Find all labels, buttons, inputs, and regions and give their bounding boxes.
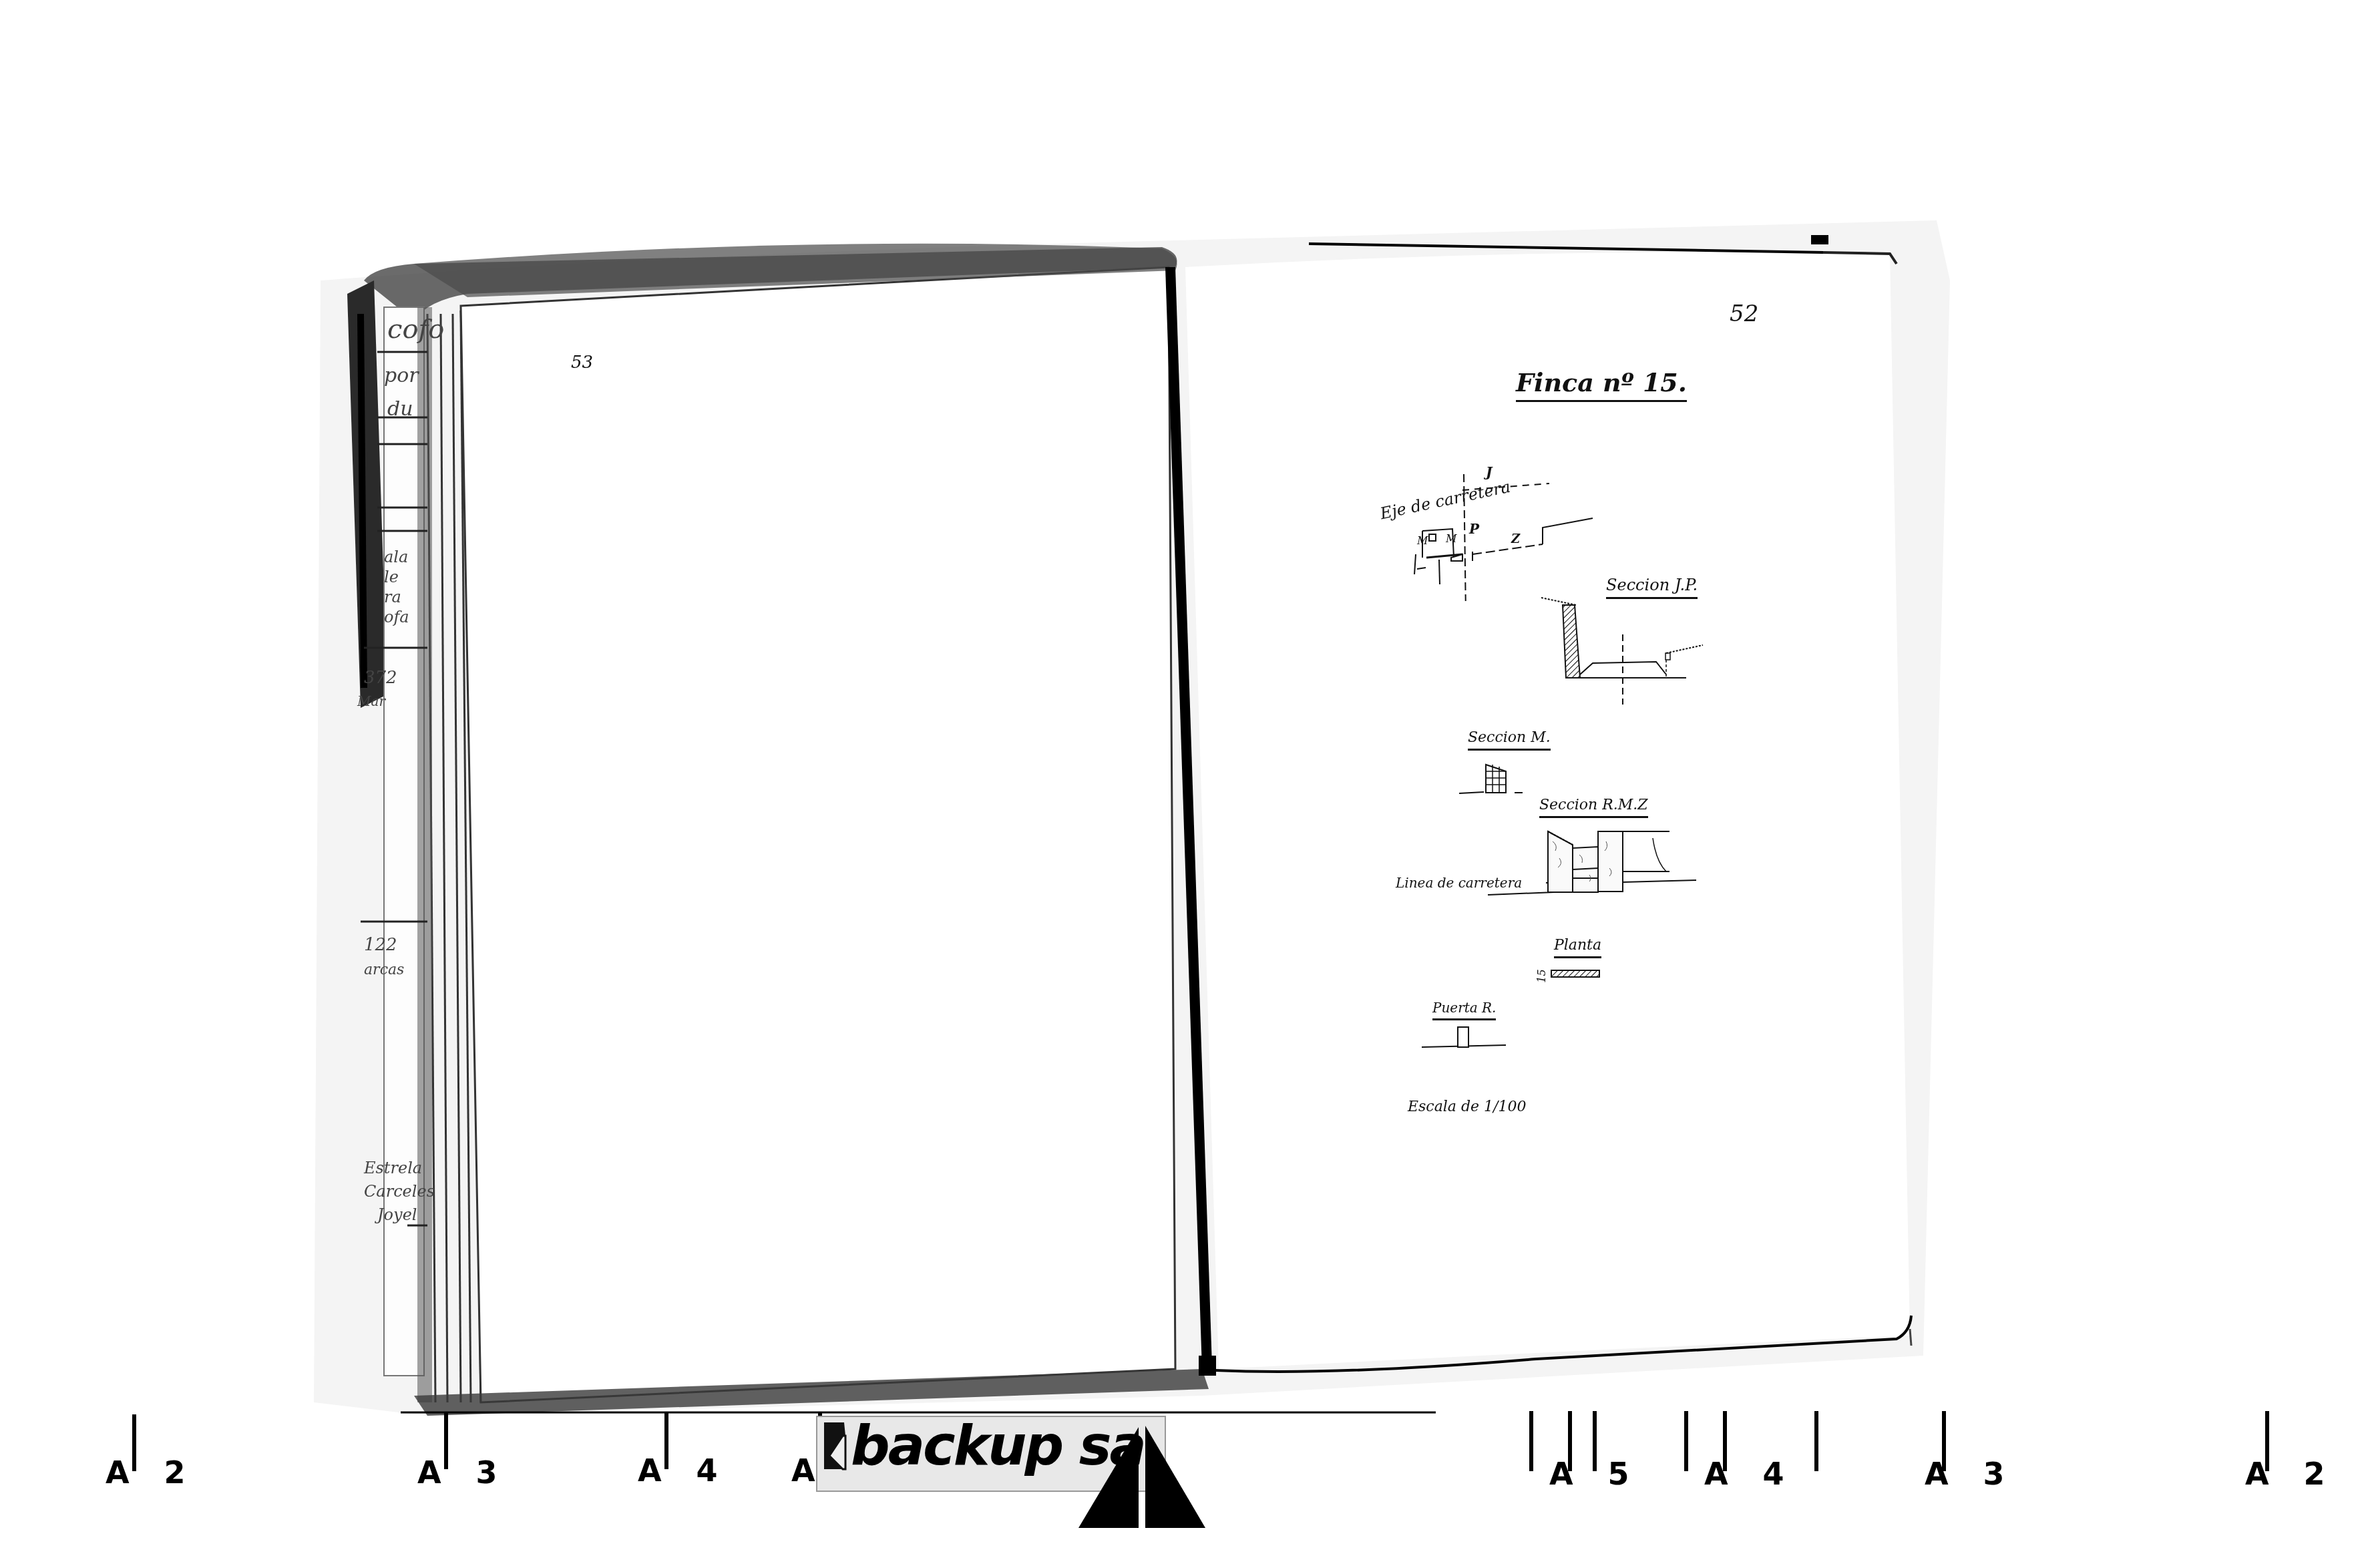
- edge-fragment: ofa: [384, 608, 409, 626]
- edge-fragment: Carceles: [364, 1182, 435, 1201]
- edge-fragment: le: [384, 568, 399, 586]
- marker-tick: [1723, 1411, 1727, 1471]
- edge-fragment: Mar: [357, 693, 385, 709]
- edge-fragment: 122: [364, 935, 397, 955]
- edge-fragment: Estrela: [364, 1159, 422, 1177]
- seccion-m-text: Seccion M.: [1468, 729, 1551, 751]
- section-jp-drawing: [1536, 594, 1736, 708]
- marker-tick: [1942, 1411, 1946, 1471]
- drawing-label-seccion-jp: Seccion J.P.: [1606, 576, 1698, 594]
- marker-tick: [1568, 1411, 1572, 1471]
- section-rmz-drawing: [1429, 828, 1730, 908]
- book-scan: [0, 0, 2362, 1568]
- puerta-r-text: Puerta R.: [1432, 1000, 1496, 1020]
- marker-tick: [1814, 1411, 1818, 1471]
- scale-note: Escala de 1/100: [1408, 1099, 1526, 1115]
- edge-fragment: por: [384, 364, 419, 387]
- centerline-triangle-icon: [1075, 1419, 1322, 1533]
- edge-fragment: ra: [384, 588, 401, 606]
- scan-marker: A 4: [1704, 1456, 1796, 1492]
- drawing-label-seccion-m: Seccion M.: [1468, 729, 1551, 746]
- scan-marker: A 4: [638, 1452, 730, 1489]
- left-page-mark: 53: [571, 353, 593, 373]
- edge-fragment: ala: [384, 548, 408, 566]
- drawing-label-seccion-rmz: Seccion R.M.Z: [1539, 797, 1648, 813]
- scan-marker: A 2: [106, 1454, 198, 1491]
- page-number: 52: [1730, 301, 1758, 327]
- edge-fragment: cofo: [387, 314, 444, 345]
- drawing-label-planta: Planta: [1554, 937, 1601, 954]
- planta-drawing: [1549, 967, 1603, 980]
- marker-tick: [2265, 1411, 2269, 1471]
- edge-fragment: 372: [364, 668, 397, 688]
- edge-fragment: arcas: [364, 962, 404, 978]
- drawing-label-puerta-r: Puerta R.: [1432, 1000, 1496, 1016]
- edge-fragment: du: [387, 397, 413, 421]
- planta-annotation: 15: [1535, 969, 1548, 982]
- edge-fragment: Joyel: [377, 1205, 417, 1224]
- page-title-text: Finca nº 15.: [1516, 367, 1687, 402]
- marker-tick: [1529, 1411, 1533, 1471]
- puerta-r-drawing: [1419, 1022, 1526, 1055]
- section-m-drawing: [1456, 761, 1536, 801]
- page-title: Finca nº 15.: [1516, 367, 1687, 397]
- marker-tick: [1684, 1411, 1688, 1471]
- marker-tick: [1593, 1411, 1597, 1471]
- seccion-rmz-text: Seccion R.M.Z: [1539, 797, 1648, 818]
- scan-marker: A 2: [2245, 1456, 2337, 1492]
- planta-text: Planta: [1554, 937, 1601, 958]
- scan-marker: A 3: [417, 1454, 510, 1491]
- scan-marker: A 3: [1925, 1456, 2017, 1492]
